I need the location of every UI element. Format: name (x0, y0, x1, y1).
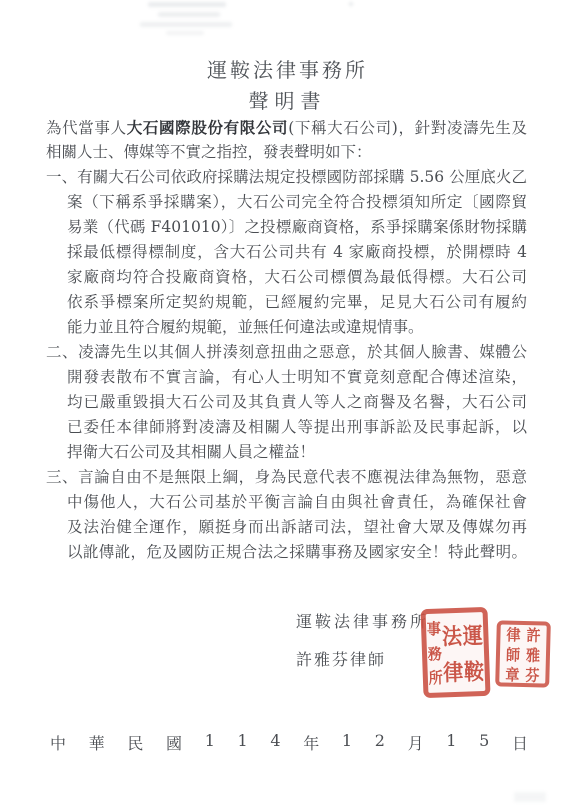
document-title: 聲明書 (0, 85, 575, 114)
seal-character: 律 (443, 654, 464, 687)
statement-text: 捍衛大石公司及其相關人員之權益！ (67, 443, 315, 461)
date-character: 民 (127, 731, 143, 754)
date-character: 年 (303, 731, 319, 754)
scan-artifact (514, 792, 546, 802)
date-character: 1 (205, 731, 215, 754)
statement-line: 家廠商均符合投廠商資格，大石公司標價為最低得標。大石公司 (67, 265, 527, 290)
seal-character: 務 (427, 642, 442, 665)
statement-text: 及法治健全運作，願挺身而出訴諸司法，望社會大眾及傳媒勿再 (67, 518, 527, 536)
signature-block: 運鞍法律事務所 許雅芬律師 (296, 612, 429, 670)
statement-text: 能力並且符合履約規範，並無任何違法或違規情事。 (67, 318, 424, 336)
statement-text: (下稱大石公司)，針對凌濤先生及 (288, 119, 527, 137)
statement-text: 採最低標得標制度，含大石公司共有 4 家廠商投標，於開標時 4 (67, 243, 527, 261)
statement-line: 及法治健全運作，願挺身而出訴諸司法，望社會大眾及傳媒勿再 (67, 515, 527, 540)
statement-text: 均已嚴重毀損大石公司及其負責人等人之商譽及名譽，大石公司 (67, 393, 527, 411)
date-character: 月 (408, 731, 424, 754)
statement-line: 開發表散布不實言論，有心人士明知不實竟刻意配合傳述渲染， (67, 365, 527, 390)
seal-column: 許雅芬 (525, 625, 541, 683)
statement-line: 以訛傳訛，危及國防正規合法之採購事務及國家安全！特此聲明。 (67, 540, 527, 565)
statement-text: 一、有關大石公司依政府採購法規定投標國防部採購 5.56 公厘底火乙 (46, 168, 527, 186)
statement-body: 為代當事人大石國際股份有限公司(下稱大石公司)，針對凌濤先生及相關人士、傳媒等不… (46, 115, 527, 565)
statement-text: 已委任本律師將對凌濤及相關人等提出刑事訴訟及民事起訴，以 (67, 418, 527, 436)
company-name-bold: 大石國際股份有限公司 (127, 118, 288, 137)
seal-character: 章 (505, 663, 520, 686)
statement-line: 三、言論自由不是無限上綱，身為民意代表不應視法律為無物，惡意 (46, 465, 527, 490)
date-character: 國 (166, 731, 182, 754)
seal-column: 事務所 (426, 614, 443, 693)
statement-line: 捍衛大石公司及其相關人員之權益！ (67, 440, 527, 465)
statement-text: 開發表散布不實言論，有心人士明知不實竟刻意配合傳述渲染， (67, 368, 527, 386)
statement-line: 一、有關大石公司依政府採購法規定投標國防部採購 5.56 公厘底火乙 (46, 165, 527, 190)
statement-text: 以訛傳訛，危及國防正規合法之採購事務及國家安全！特此聲明。 (67, 543, 527, 561)
statement-line: 易業（代碼 F401010）〕之投標廠商資格，系爭採購案係財物採購 (67, 215, 527, 240)
signature-lawyer-name: 許雅芬律師 (296, 650, 429, 670)
statement-text: 三、言論自由不是無限上綱，身為民意代表不應視法律為無物，惡意 (46, 468, 527, 486)
statement-line: 能力並且符合履約規範，並無任何違法或違規情事。 (67, 315, 527, 340)
date-line: 中華民國114年12月15日 (50, 731, 528, 754)
seal-column: 運鞍 (462, 612, 485, 692)
date-character: 1 (446, 731, 456, 754)
statement-line: 為代當事人大石國際股份有限公司(下稱大石公司)，針對凌濤先生及 (46, 115, 527, 140)
scan-artifact (140, 22, 232, 27)
statement-line: 均已嚴重毀損大石公司及其負責人等人之商譽及名譽，大石公司 (67, 390, 527, 415)
firm-seal-stamp: 運鞍法律事務所 (420, 607, 490, 698)
seal-character: 所 (428, 667, 443, 690)
seal-character: 法 (441, 618, 462, 651)
statement-text: 案（下稱系爭採購案），大石公司完全符合投標須知所定〔國際貿 (67, 193, 527, 211)
signature-firm-name: 運鞍法律事務所 (296, 612, 429, 632)
statement-document-page: 運鞍法律事務所 聲明書 為代當事人大石國際股份有限公司(下稱大石公司)，針對凌濤… (0, 0, 575, 807)
seal-character: 鞍 (463, 653, 484, 686)
statement-text: 中傷他人，大石公司基於平衡言論自由與社會責任，為確保社會 (67, 493, 527, 511)
seal-character: 運 (462, 617, 483, 650)
lawyer-seal-stamp: 許雅芬律師章 (495, 620, 551, 687)
firm-name-title: 運鞍法律事務所 (0, 54, 575, 83)
statement-line: 採最低標得標制度，含大石公司共有 4 家廠商投標，於開標時 4 (67, 240, 527, 265)
statement-text: 家廠商均符合投廠商資格，大石公司標價為最低得標。大石公司 (67, 268, 527, 286)
seal-column: 律師章 (505, 625, 521, 683)
scan-artifact (349, 2, 353, 6)
scan-artifact (148, 2, 226, 7)
statement-line: 二、凌濤先生以其個人拼湊刻意扭曲之惡意，於其個人臉書、媒體公 (46, 340, 527, 365)
date-character: 中 (50, 731, 66, 754)
statement-text: 二、凌濤先生以其個人拼湊刻意扭曲之惡意，於其個人臉書、媒體公 (46, 343, 527, 361)
seal-column: 法律 (441, 613, 464, 693)
statement-line: 依系爭標案所定契約規範，已經履約完畢，足見大石公司有履約 (67, 290, 527, 315)
statement-line: 中傷他人，大石公司基於平衡言論自由與社會責任，為確保社會 (67, 490, 527, 515)
seal-character: 事 (427, 617, 442, 640)
statement-line: 案（下稱系爭採購案），大石公司完全符合投標須知所定〔國際貿 (67, 190, 527, 215)
date-character: 5 (479, 731, 489, 754)
scan-artifact (166, 31, 204, 35)
date-character: 4 (270, 731, 280, 754)
statement-line: 相關人士、傳媒等不實之指控，發表聲明如下： (46, 140, 527, 165)
date-character: 2 (375, 731, 385, 754)
seal-character: 芬 (525, 664, 540, 687)
statement-line: 已委任本律師將對凌濤及相關人等提出刑事訴訟及民事起訴，以 (67, 415, 527, 440)
date-character: 1 (342, 731, 352, 754)
statement-text: 依系爭標案所定契約規範，已經履約完畢，足見大石公司有履約 (67, 293, 527, 311)
scan-artifact (158, 12, 220, 17)
statement-text: 為代當事人 (46, 119, 127, 137)
statement-text: 相關人士、傳媒等不實之指控，發表聲明如下： (46, 143, 372, 161)
date-character: 1 (238, 731, 248, 754)
statement-text: 易業（代碼 F401010）〕之投標廠商資格，系爭採購案係財物採購 (67, 218, 527, 236)
date-character: 華 (89, 731, 105, 754)
date-character: 日 (512, 731, 528, 754)
